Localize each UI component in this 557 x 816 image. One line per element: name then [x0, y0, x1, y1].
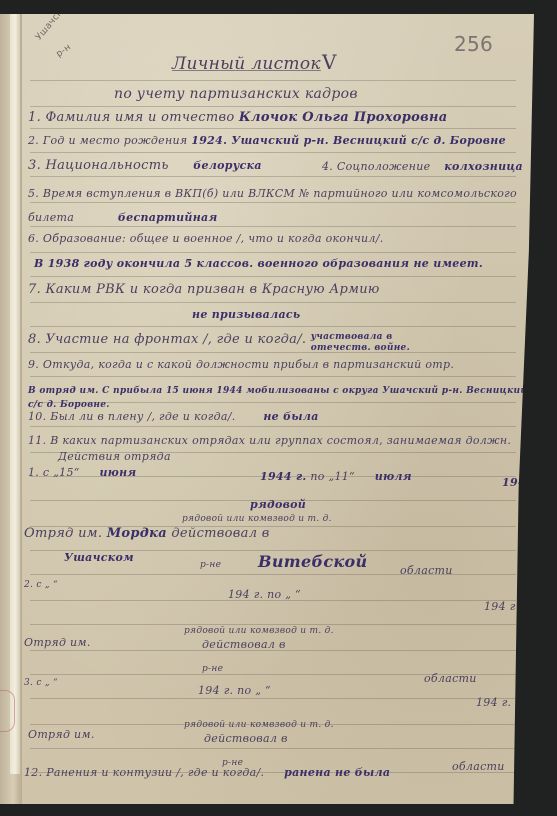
ruled-line — [30, 748, 516, 749]
period-header: Действия отряда — [58, 450, 171, 463]
ruled-line — [30, 426, 516, 427]
field-label: Образование: общее и военное /, что и ко… — [43, 232, 384, 245]
field-number: 7. — [28, 282, 41, 297]
position-hint: рядовой или комвзвод и т. д. — [182, 514, 332, 524]
field-11: 11. В каких партизанских отрядах или гру… — [28, 434, 511, 447]
field-value-army: не призывалась — [192, 308, 300, 321]
ruled-line — [30, 276, 516, 277]
period-1-dates: 1. с „15“ июня — [28, 466, 136, 479]
district-label: р-не — [202, 664, 223, 674]
period-2-to-year: 194 г. — [484, 600, 519, 613]
ruled-line — [30, 128, 516, 129]
field-7: 7. Каким РВК и когда призван в Красную А… — [28, 282, 380, 297]
period-to-month: июля — [375, 470, 412, 483]
period-from-month: июня — [99, 466, 136, 479]
field-number: 6. — [28, 232, 39, 245]
ruled-line — [30, 152, 516, 153]
ruled-line — [30, 302, 516, 303]
document-page: Ушачский р-н 256 Личный листок V по учет… — [22, 14, 534, 804]
field-5: 5. Время вступления в ВКП(б) или ВЛКСМ №… — [28, 182, 528, 230]
field-9: 9. Откуда, когда и с какой должности при… — [28, 358, 454, 371]
field-label: Фамилия имя и отчество — [45, 110, 234, 125]
period-3-to-year: 194 г. — [476, 696, 511, 709]
field-label: В каких партизанских отрядах или группах… — [50, 434, 511, 447]
ruled-line — [30, 106, 516, 107]
period-1-position: рядовой — [250, 498, 306, 511]
district-label: р-не — [200, 560, 221, 570]
field-6: 6. Образование: общее и военное /, что и… — [28, 232, 384, 245]
period-to: по „ “ — [267, 588, 301, 601]
position-hint: рядовой или комвзвод и т. д. — [184, 626, 334, 636]
period-from: с „ “ — [36, 580, 58, 590]
period-1-to-year: 1944 г. — [502, 476, 549, 489]
period-number: 2. — [24, 580, 33, 590]
field-label: Ранения и контузии /, где и когда/. — [46, 766, 264, 779]
field-value-birth: 1924. Ушачский р-н. Весницкий с/с д. Бор… — [191, 134, 506, 147]
period-from-year: 194 г. — [228, 588, 263, 601]
period-from: с „ “ — [36, 678, 58, 688]
field-1: 1. Фамилия имя и отчество Клочок Ольга П… — [28, 110, 447, 125]
field-number: 11. — [28, 434, 46, 447]
field-value-arrival: В отряд им. С прибыла 15 июня 1944 мобил… — [28, 384, 528, 412]
page-number: 256 — [454, 32, 493, 56]
field-value-captivity: не была — [263, 410, 318, 423]
period-number: 1. — [28, 466, 39, 479]
period-to: „ “ — [255, 684, 271, 697]
region-label: области — [400, 564, 453, 577]
field-3: 3. Национальность белоруска — [28, 158, 262, 173]
period-3-to: 194 г. по „ “ — [198, 684, 271, 697]
period-from: с „15“ — [43, 466, 80, 479]
unit-name: Мордка — [107, 526, 167, 541]
field-12: 12. Ранения и контузии /, где и когда/. … — [24, 766, 390, 779]
field-number: 3. — [28, 158, 41, 173]
acted-in-label: действовал в — [171, 526, 269, 541]
field-8: 8. Участие на фронтах /, где и когда/. у… — [28, 332, 431, 354]
position-hint: рядовой или комвзвод и т. д. — [184, 720, 334, 730]
field-number: 9. — [28, 358, 39, 371]
field-label: Каким РВК и когда призван в Красную Арми… — [45, 282, 379, 297]
form-title: Личный листок — [172, 54, 321, 74]
field-number: 8. — [28, 332, 41, 347]
field-value-party: беспартийная — [118, 211, 218, 224]
check-mark: V — [322, 50, 337, 74]
field-number: 10. — [28, 410, 46, 423]
period-1-to: 1944 г. по „11“ июля — [260, 470, 412, 483]
field-number: 2. — [28, 134, 39, 147]
period-1-region: Витебской — [258, 552, 367, 571]
ruled-line — [30, 252, 516, 253]
field-label: Время вступления в ВКП(б) или ВЛКСМ № па… — [28, 187, 517, 224]
region-label: области — [424, 672, 477, 685]
field-value-nationality: белоруска — [193, 159, 262, 172]
field-number: 5. — [28, 187, 39, 200]
margin-note: Ушачский — [34, 0, 73, 42]
period-from-year: 1944 г. — [260, 470, 307, 483]
margin-note-district: р-н — [55, 42, 74, 59]
region-label: области — [452, 760, 505, 773]
ruled-line — [30, 376, 516, 377]
period-1-unit: Отряд им. Мордка действовал в — [24, 526, 270, 541]
field-4: 4. Соцположение колхозница — [322, 160, 523, 173]
period-3-unit: Отряд им. — [28, 728, 95, 741]
unit-prefix: Отряд им. — [24, 526, 102, 541]
field-label: Участие на фронтах /, где и когда/. — [45, 332, 306, 347]
period-to: по „11“ — [310, 470, 355, 483]
ruled-line — [30, 80, 516, 81]
ruled-line — [30, 326, 516, 327]
field-label: Год и место рождения — [43, 134, 188, 147]
period-2-to: 194 г. по „ “ — [228, 588, 301, 601]
field-value-full-name: Клочок Ольга Прохоровна — [239, 110, 448, 125]
field-label: Национальность — [45, 158, 168, 173]
binding-strip — [10, 14, 20, 774]
acted-in-label: действовал в — [202, 638, 286, 651]
field-number: 1. — [28, 110, 41, 125]
period-2-dates: 2. с „ “ — [24, 580, 58, 590]
field-value-education: В 1938 году окончила 5 классов. военного… — [34, 257, 483, 270]
field-value-social: колхозница — [444, 160, 523, 173]
period-1-district: Ушачском — [64, 551, 134, 564]
period-2-unit: Отряд им. — [24, 636, 91, 649]
field-value-fronts: участвовала в отечеств. войне. — [311, 332, 431, 354]
field-2: 2. Год и место рождения 1924. Ушачский р… — [28, 134, 506, 147]
ruled-line — [30, 698, 516, 699]
acted-in-label: действовал в — [204, 732, 288, 745]
ruled-line — [30, 624, 516, 625]
form-subtitle: по учету партизанских кадров — [114, 86, 358, 102]
field-10: 10. Был ли в плену /, где и когда/. не б… — [28, 410, 319, 423]
field-value-wounds: ранена не была — [284, 766, 390, 779]
stamp-fragment — [0, 690, 15, 732]
period-from-year: 194 г. по — [198, 684, 251, 697]
field-label: Соцположение — [337, 160, 431, 173]
field-label: Откуда, когда и с какой должности прибыл… — [43, 358, 454, 371]
period-number: 3. — [24, 678, 33, 688]
field-label: Был ли в плену /, где и когда/. — [50, 410, 235, 423]
field-number: 4. — [322, 160, 333, 173]
field-number: 12. — [24, 766, 42, 779]
ruled-line — [30, 176, 516, 177]
margin-note-line: Ушачский — [34, 0, 73, 42]
period-3-dates: 3. с „ “ — [24, 678, 58, 688]
